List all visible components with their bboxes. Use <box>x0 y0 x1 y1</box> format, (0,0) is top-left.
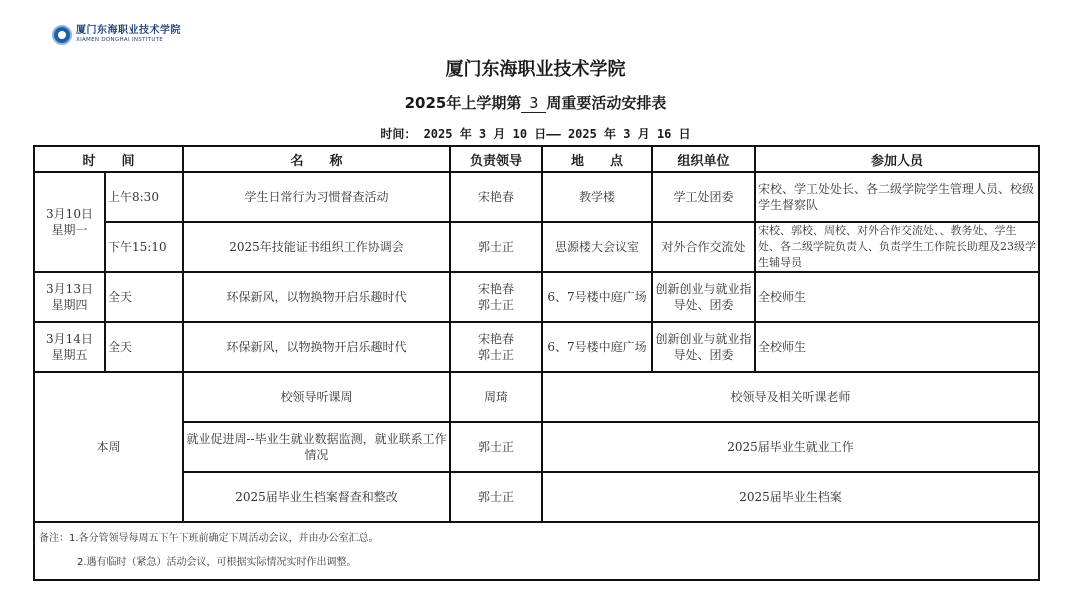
event-location: 6、7号楼中庭广场 <box>542 322 652 372</box>
logo-chinese-name: 厦门东海职业技术学院 <box>76 26 181 36</box>
date-range: 时间： 2025 年 3 月 10 日—— 2025 年 3 月 16 日 <box>0 125 1071 142</box>
notes-row: 备注：1.各分管领导每周五下午下班前确定下周活动会议，并由办公室汇总。 2.遇有… <box>34 522 1039 580</box>
event-organizer: 对外合作交流处 <box>652 222 755 272</box>
event-name: 2025年技能证书组织工作协调会 <box>183 222 450 272</box>
week-event-participants: 校领导及相关听课老师 <box>542 372 1039 422</box>
header-time: 时 间 <box>34 146 183 172</box>
subtitle-prefix: 2025年上学期第 <box>405 94 522 112</box>
header-location: 地 点 <box>542 146 652 172</box>
event-leader: 宋艳春 郭士正 <box>450 322 542 372</box>
logo-english-name: XIAMEN DONGHAI INSTITUTE <box>76 38 181 44</box>
table-row: 3月10日 星期一 上午8:30 学生日常行为习惯督查活动 宋艳春 教学楼 学工… <box>34 172 1039 222</box>
event-leader: 宋艳春 <box>450 172 542 222</box>
day-cell: 3月14日 星期五 <box>34 322 105 372</box>
document-subtitle: 2025年上学期第3周重要活动安排表 <box>0 92 1071 113</box>
event-leader: 郭士正 <box>450 222 542 272</box>
table-row: 3月13日 星期四 全天 环保新风，以物换物开启乐趣时代 宋艳春 郭士正 6、7… <box>34 272 1039 322</box>
week-event-participants: 2025届毕业生档案 <box>542 472 1039 522</box>
note-line-2: 2.遇有临时（紧急）活动会议，可根据实际情况实时作出调整。 <box>39 551 1034 575</box>
event-time: 全天 <box>105 272 183 322</box>
event-time: 下午15:10 <box>105 222 183 272</box>
event-time: 上午8:30 <box>105 172 183 222</box>
event-name: 环保新风，以物换物开启乐趣时代 <box>183 272 450 322</box>
day-cell: 3月10日 星期一 <box>34 172 105 272</box>
note-line-1: 备注：1.各分管领导每周五下午下班前确定下周活动会议，并由办公室汇总。 <box>39 527 1034 551</box>
week-number: 3 <box>521 94 546 113</box>
table-row: 3月14日 星期五 全天 环保新风，以物换物开启乐趣时代 宋艳春 郭士正 6、7… <box>34 322 1039 372</box>
event-organizer: 创新创业与就业指导处、团委 <box>652 272 755 322</box>
event-leader: 宋艳春 郭士正 <box>450 272 542 322</box>
table-row: 本周 校领导听课周 周琦 校领导及相关听课老师 <box>34 372 1039 422</box>
event-name: 环保新风，以物换物开启乐趣时代 <box>183 322 450 372</box>
header-row: 时 间 名 称 负责领导 地 点 组织单位 参加人员 <box>34 146 1039 172</box>
day-date: 3月13日 <box>37 281 102 297</box>
document-title: 厦门东海职业技术学院 <box>0 55 1071 81</box>
week-event-leader: 周琦 <box>450 372 542 422</box>
day-weekday: 星期一 <box>37 222 102 238</box>
table-row: 就业促进周--毕业生就业数据监测，就业联系工作情况 郭士正 2025届毕业生就业… <box>34 422 1039 472</box>
event-location: 思源楼大会议室 <box>542 222 652 272</box>
week-event-leader: 郭士正 <box>450 472 542 522</box>
week-event-leader: 郭士正 <box>450 422 542 472</box>
day-date: 3月10日 <box>37 206 102 222</box>
schedule-table: 时 间 名 称 负责领导 地 点 组织单位 参加人员 3月10日 星期一 上午8… <box>33 145 1040 581</box>
header-name: 名 称 <box>183 146 450 172</box>
day-date: 3月14日 <box>37 331 102 347</box>
event-organizer: 创新创业与就业指导处、团委 <box>652 322 755 372</box>
header-organizer: 组织单位 <box>652 146 755 172</box>
event-organizer: 学工处团委 <box>652 172 755 222</box>
table-row: 下午15:10 2025年技能证书组织工作协调会 郭士正 思源楼大会议室 对外合… <box>34 222 1039 272</box>
school-emblem-icon <box>52 25 72 45</box>
event-location: 教学楼 <box>542 172 652 222</box>
event-participants: 宋校、郭校、周校、对外合作交流处、、教务处、学生处、各二级学院负责人、负责学生工… <box>755 222 1039 272</box>
week-event-name: 就业促进周--毕业生就业数据监测，就业联系工作情况 <box>183 422 450 472</box>
week-event-name: 校领导听课周 <box>183 372 450 422</box>
week-event-participants: 2025届毕业生就业工作 <box>542 422 1039 472</box>
day-weekday: 星期五 <box>37 347 102 363</box>
event-participants: 全校师生 <box>755 322 1039 372</box>
week-label: 本周 <box>34 372 183 522</box>
header-participants: 参加人员 <box>755 146 1039 172</box>
event-participants: 全校师生 <box>755 272 1039 322</box>
table-row: 2025届毕业生档案督查和整改 郭士正 2025届毕业生档案 <box>34 472 1039 522</box>
event-name: 学生日常行为习惯督查活动 <box>183 172 450 222</box>
event-location: 6、7号楼中庭广场 <box>542 272 652 322</box>
week-event-name: 2025届毕业生档案督查和整改 <box>183 472 450 522</box>
event-participants: 宋校、学工处处长、各二级学院学生管理人员、校级学生督察队 <box>755 172 1039 222</box>
subtitle-suffix: 周重要活动安排表 <box>546 94 666 112</box>
notes-cell: 备注：1.各分管领导每周五下午下班前确定下周活动会议，并由办公室汇总。 2.遇有… <box>34 522 1039 580</box>
event-time: 全天 <box>105 322 183 372</box>
day-weekday: 星期四 <box>37 297 102 313</box>
school-logo: 厦门东海职业技术学院 XIAMEN DONGHAI INSTITUTE <box>52 25 181 45</box>
day-cell: 3月13日 星期四 <box>34 272 105 322</box>
header-leader: 负责领导 <box>450 146 542 172</box>
